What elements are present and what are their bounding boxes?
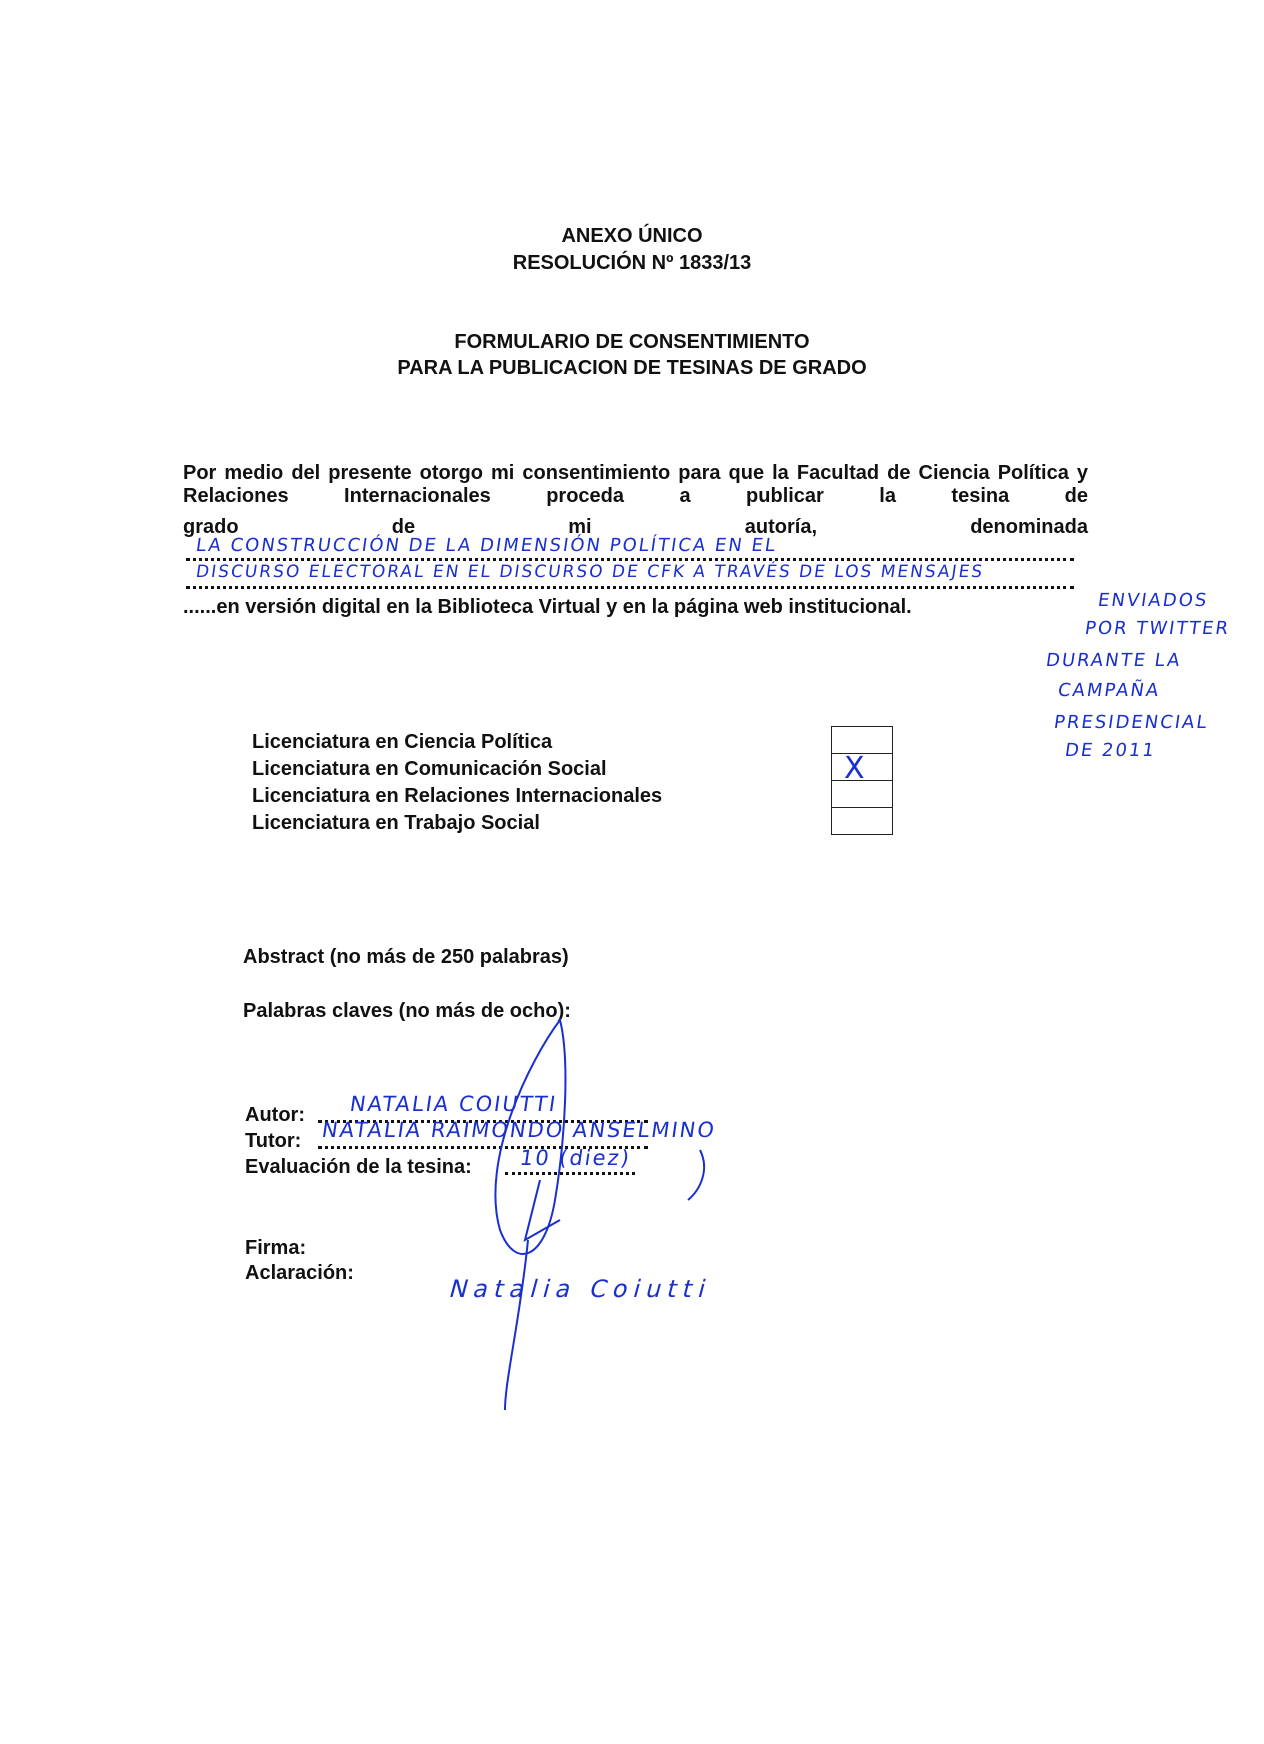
signature-ink: [0, 0, 1264, 1744]
consent-form-page: ANEXO ÚNICO RESOLUCIÓN Nº 1833/13 FORMUL…: [0, 0, 1264, 1744]
